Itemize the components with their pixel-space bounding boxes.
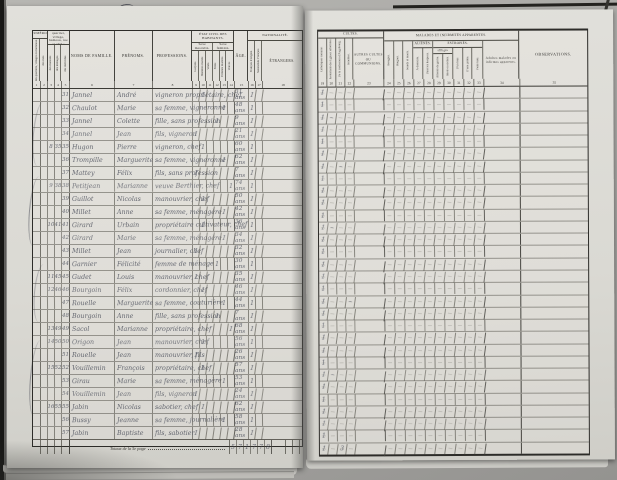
cell-prenom: Pierre xyxy=(115,141,153,153)
cell-pieds-bots xyxy=(475,417,486,430)
cell-un-bras xyxy=(456,394,466,405)
cell-prenom: André xyxy=(115,89,153,101)
cell-alienes-domicile xyxy=(415,320,425,331)
census-register-scan: NUMÉROS des quartiers, villages ou hamea… xyxy=(0,0,617,480)
column-number: 3 xyxy=(48,81,55,88)
totals-row: Totaux de la 5e page 5 7 1 7 7 8 xyxy=(33,439,302,454)
cell-borgnes xyxy=(395,173,405,184)
cell-empty xyxy=(33,440,41,454)
column-header-naturalises: Naturalisés Français. xyxy=(255,41,262,81)
column-header-sourds-muets: Sourds et muets. xyxy=(403,41,413,79)
cell-prenom: Jean xyxy=(115,128,153,140)
cell-adultes-malades xyxy=(485,173,521,184)
cell-individu-num: 53 xyxy=(62,375,70,387)
cell-un-bras xyxy=(455,246,465,257)
cell-alienes-domicile xyxy=(414,99,424,110)
cell-adultes-malades xyxy=(485,246,521,257)
census-record-row: 43 Millet Jean journalier, chef 1 32 ans… xyxy=(33,245,302,258)
column-header-goitre: Atteints du goitre. xyxy=(433,54,443,79)
cell-profession: sa femme, vigneronne xyxy=(153,102,193,114)
cell-observations xyxy=(521,319,589,331)
cell-empty xyxy=(62,440,70,454)
census-record-row-right: 1 xyxy=(318,86,587,99)
cell-prenom: Louis xyxy=(115,271,153,283)
cell-adultes-malades xyxy=(484,111,520,122)
cell-rue xyxy=(41,362,48,374)
cell-observations xyxy=(522,430,590,442)
cell-goitre xyxy=(435,210,445,221)
cell-un-bras xyxy=(455,173,465,184)
cell-adultes-malades xyxy=(484,99,520,110)
column-header-professions: PROFESSIONS. xyxy=(153,31,192,81)
cell-cretins xyxy=(445,210,455,221)
cell-individu-num: 39 xyxy=(62,193,70,205)
cell-observations xyxy=(521,246,589,258)
cell-nom: Jannel xyxy=(70,128,115,140)
cell-israelites xyxy=(346,210,355,221)
cell-individu-num: 48 xyxy=(62,310,70,322)
column-header-adultes-malades: Adultes malades ou infirmes apparents. xyxy=(483,41,518,79)
cell-maison-num: 15 xyxy=(48,362,55,374)
column-header-prenoms: PRÉNOMS. xyxy=(115,31,152,81)
column-header-rues: des rues. xyxy=(40,39,46,81)
cell-pieds-bots xyxy=(474,258,485,271)
cell-nom: Girard xyxy=(70,219,115,232)
cell-rue xyxy=(41,232,48,244)
cell-prenom: Nicolas xyxy=(115,401,153,413)
cell-adultes-malades xyxy=(485,124,521,135)
cell-individu-num: 44 xyxy=(62,258,70,270)
cell-observations xyxy=(522,381,590,393)
cell-rue xyxy=(41,89,48,101)
left-table-header: NUMÉROS des quartiers, villages ou hamea… xyxy=(33,31,302,81)
right-census-table: CULTES. Catholiques romains. Protestants… xyxy=(317,28,590,456)
cell-menage-num xyxy=(55,89,62,101)
cell-un-bras xyxy=(455,136,465,147)
cell-adultes-malades xyxy=(485,308,521,319)
cell-quartier xyxy=(33,245,41,257)
cell-age: 57 ans xyxy=(235,362,249,374)
cell-rue xyxy=(41,128,48,140)
cell-sourds-muets xyxy=(406,431,416,442)
cell-age: 34 ans xyxy=(235,232,249,244)
cell-prenom: Marie xyxy=(115,102,153,114)
cell-prenom: Jean xyxy=(115,388,153,400)
cell-adultes-malades xyxy=(485,344,521,355)
cell-nom: Guillot xyxy=(70,193,115,205)
book-binding-shadow xyxy=(4,0,6,480)
cell-aveugles xyxy=(385,210,395,221)
subgroup-sexe-masculin: Sexe masculin. xyxy=(192,43,212,50)
cell-individu-num: 35 xyxy=(62,141,70,153)
cell-pieds-bots xyxy=(474,270,485,283)
cell-profession: propriétaire, chef xyxy=(153,323,193,335)
cell-etranger xyxy=(263,232,303,244)
cell-israelites xyxy=(346,320,355,331)
cell-pieds-bots xyxy=(474,233,485,246)
cell-pieds-bots xyxy=(474,184,485,197)
cell-une-jambe xyxy=(465,246,475,257)
cell-prenom: François xyxy=(115,362,153,374)
right-table-header: CULTES. Catholiques romains. Protestants… xyxy=(318,30,587,79)
cell-etranger xyxy=(263,362,303,374)
cell-pieds-bots xyxy=(474,160,485,173)
census-record-row-right: 1 xyxy=(319,307,588,320)
cell-individu-num: 41 xyxy=(62,219,70,231)
cell-sourds-muets xyxy=(405,210,415,221)
cell-individu-num: 50 xyxy=(62,336,70,348)
column-number: 28 xyxy=(424,79,434,86)
cell-aveugles xyxy=(385,173,395,184)
cell-age: 46 ans xyxy=(235,284,249,296)
cell-individu-num: 47 xyxy=(62,297,70,309)
cell-pieds-bots xyxy=(475,320,485,331)
subgroup-sexe-feminin: Sexe féminin. xyxy=(213,43,233,50)
column-header-etrangers: ÉTRANGERS. xyxy=(262,41,302,81)
cell-adultes-malades xyxy=(485,222,521,233)
cell-une-jambe xyxy=(465,210,475,221)
totals-label-zone: Totaux de la 5e page xyxy=(70,440,230,454)
cell-menage-num: 49 xyxy=(55,323,62,335)
cell-etranger xyxy=(263,128,303,140)
cell-profession: sa femme, vigneronne xyxy=(153,154,193,166)
cell-adultes-malades xyxy=(486,406,522,417)
cell-rue xyxy=(41,167,48,179)
cell-pieds-bots xyxy=(474,99,484,110)
column-header-quartiers: des quartiers, villages ou hameaux. xyxy=(33,39,40,81)
column-header-francais-origine: Français d'origine. xyxy=(248,41,255,81)
cell-etranger xyxy=(263,388,303,400)
cell-observations xyxy=(521,258,589,270)
right-table-body: 1 xyxy=(318,86,589,454)
cell-prenom: Urbain xyxy=(115,219,153,231)
cell-observations xyxy=(521,197,589,209)
cell-quartier xyxy=(33,349,41,361)
cell-rue xyxy=(41,193,48,205)
cell-nom: Girau xyxy=(70,375,115,388)
cell-quartier xyxy=(33,388,41,400)
column-number: 31 xyxy=(454,79,464,86)
cell-profession: sa femme, ménagère xyxy=(153,375,193,387)
cell-aveugles xyxy=(385,136,395,147)
column-header-individus: des individus. xyxy=(61,45,69,81)
cell-alienes-hospices xyxy=(425,136,435,147)
cell-nom: Sacol xyxy=(70,323,115,335)
cell-profession: fils, sabotier xyxy=(153,427,193,439)
cell-prenom: Marianne xyxy=(115,323,153,335)
cell-aveugles xyxy=(385,357,395,368)
cell-individu-num: 52 xyxy=(62,362,70,374)
cell-une-jambe xyxy=(465,320,475,331)
cell-prenom: Marie xyxy=(115,375,153,387)
cell-goitre xyxy=(435,283,445,294)
cell-cretins xyxy=(445,173,455,184)
cell-profession: propriétaire, chef xyxy=(153,362,193,374)
cell-aveugles xyxy=(386,431,396,442)
column-number: 6 xyxy=(70,81,115,88)
column-number: 4 xyxy=(55,81,62,88)
cell-individu-num: 49 xyxy=(62,323,70,335)
cell-adultes-malades xyxy=(486,381,522,392)
cell-autres-cultes xyxy=(355,441,386,456)
cell-pieds-bots xyxy=(475,332,486,345)
cell-quartier xyxy=(33,310,41,322)
cell-age: 26 ans xyxy=(235,349,249,361)
cell-profession: manouvrier, fils xyxy=(153,349,193,361)
cell-autres-cultes xyxy=(356,431,386,443)
column-header-une-jambe: D'une jambe. xyxy=(463,48,473,79)
column-group-nationalite: NATIONALITÉ. xyxy=(248,31,302,41)
cell-age: 53 ans xyxy=(235,375,249,387)
cell-empty xyxy=(41,440,48,454)
column-number: 17 xyxy=(256,81,263,88)
cell-un-bras xyxy=(455,283,465,294)
cell-adultes-malades xyxy=(485,295,521,306)
cell-menage-num xyxy=(55,193,62,205)
cell-quartier xyxy=(33,427,41,439)
cell-profession: vigneron, chef xyxy=(153,141,193,153)
cell-individu-num: 33 xyxy=(62,115,70,127)
cell-prenom: Jean xyxy=(115,245,153,257)
column-header-pieds-bots: Pieds bots. xyxy=(473,48,483,79)
cell-profession: sa femme, journalière xyxy=(153,414,193,426)
cell-une-jambe xyxy=(465,136,475,147)
cell-quartier xyxy=(33,258,41,270)
cell-protestants xyxy=(329,431,338,442)
cell-augsbourg xyxy=(337,137,346,148)
census-record-row: 57 Jabin Baptiste fils, sabotier 1 28 an… xyxy=(33,427,302,439)
column-number: 21 xyxy=(336,79,345,86)
cell-rue xyxy=(41,271,48,283)
cell-catholiques: 1 xyxy=(319,321,328,332)
cell-nom: Bussy xyxy=(70,414,115,427)
column-header-israelites: Israélites. xyxy=(345,39,354,80)
cell-age: 7 ans xyxy=(235,310,249,322)
cell-pieds-bots xyxy=(475,357,485,368)
column-header-hommes-maries: Hommes mariés. xyxy=(199,51,206,81)
cell-age: 36 ans xyxy=(235,219,249,231)
cell-adultes-malades xyxy=(485,160,521,171)
left-census-table: NUMÉROS des quartiers, villages ou hamea… xyxy=(32,30,303,447)
cell-adultes-malades xyxy=(485,320,521,331)
cell-un-bras xyxy=(455,210,465,221)
cell-menage-num: 46 xyxy=(55,284,62,296)
column-group-etat-civil: ÉTAT CIVIL DES HABITANTS. xyxy=(192,31,233,43)
cell-individu-num: 40 xyxy=(62,206,70,218)
cell-menage-num xyxy=(55,310,62,322)
cell-quartier xyxy=(33,271,41,283)
cell-goitre xyxy=(434,99,444,110)
cell-naturalise xyxy=(256,375,263,387)
cell-une-jambe xyxy=(466,430,476,441)
cell-augsbourg xyxy=(337,247,346,258)
cell-aveugles xyxy=(385,247,395,258)
cell-prenom: Marguerite xyxy=(115,297,153,309)
cell-cretins xyxy=(445,283,455,294)
cell-israelites xyxy=(347,431,356,442)
cell-observations xyxy=(520,111,588,123)
census-record-row: 12 46 46 Bourgoin Félix cordonnier, chef… xyxy=(33,284,302,297)
cell-observations xyxy=(522,418,590,430)
cell-cretins xyxy=(445,136,455,147)
cell-etranger xyxy=(263,323,303,335)
cell-individu-num: 38 xyxy=(62,180,70,192)
cell-observations xyxy=(520,86,588,98)
cell-individu-num: 54 xyxy=(62,388,70,400)
column-number: 7 xyxy=(115,81,153,88)
cell-menage-num xyxy=(55,388,62,400)
cell-observations xyxy=(521,307,589,319)
cell-aveugles xyxy=(384,99,394,110)
cell-profession: veuve Berthier, chef xyxy=(153,180,193,192)
cell-sourds-muets xyxy=(405,136,415,147)
cell-profession: fille, sans profession xyxy=(153,115,193,127)
cell-profession: journalier, chef xyxy=(153,245,193,257)
cell-catholiques: 1 xyxy=(319,210,328,221)
census-record-row: 14 50 50 Origon Jean manouvrier, chef 1 … xyxy=(33,336,302,349)
cell-autres-cultes xyxy=(355,210,385,222)
cell-pieds-bots xyxy=(474,86,485,99)
cell-pieds-bots xyxy=(474,111,485,124)
column-number: 32 xyxy=(464,79,474,86)
column-number: 12 xyxy=(214,81,221,88)
cell-un-bras xyxy=(455,320,465,331)
cell-observations xyxy=(521,270,589,282)
column-number: 10 xyxy=(200,81,207,88)
cell-prenom: Anne xyxy=(115,206,153,218)
column-header-un-bras: D'un bras. xyxy=(453,48,463,79)
cell-rue xyxy=(41,427,48,439)
cell-profession: sa femme, ménagère xyxy=(153,232,193,244)
column-header-alienes-hospices: Dans les hospices. xyxy=(423,48,433,79)
cell-observations xyxy=(521,136,589,148)
cell-un-bras xyxy=(455,357,465,368)
cell-profession: sa femme, couturière xyxy=(153,297,193,309)
cell-profession: fils, vigneron xyxy=(153,128,193,140)
cell-adultes-malades xyxy=(486,357,522,368)
cell-pieds-bots xyxy=(475,295,486,308)
cell-prenom: Anne xyxy=(115,310,153,322)
cell-etranger xyxy=(263,297,303,309)
cell-une-jambe xyxy=(465,357,475,368)
cell-aveugles xyxy=(386,394,396,405)
cell-age: 56 ans xyxy=(235,336,249,348)
census-record-row: 56 Bussy Jeanne sa femme, journalière 1 … xyxy=(33,414,302,427)
cell-age: 62 ans xyxy=(235,401,249,413)
cell-menage-num xyxy=(55,128,62,140)
cell-profession: propriétaire cultivateur, chef xyxy=(153,219,193,231)
cell-rue xyxy=(41,310,48,322)
cell-cretins xyxy=(444,99,454,110)
cell-individu-num: 56 xyxy=(62,414,70,426)
cell-rue xyxy=(41,115,48,127)
column-header-femmes-mariees: Femmes mariées. xyxy=(220,51,227,81)
cell-protestants xyxy=(328,173,337,184)
cell-prenom: Félix xyxy=(115,284,153,296)
cell-empty xyxy=(48,440,55,454)
cell-prenom: Baptiste xyxy=(115,427,153,439)
cell-nom: Bourgoin xyxy=(70,284,115,296)
cell-adultes-malades xyxy=(485,283,521,294)
census-record-row: 8 35 35 Hugon Pierre vigneron, chef 1 60… xyxy=(33,141,302,154)
census-record-row: 51 Rouelle Jean manouvrier, fils 1 26 an… xyxy=(33,349,302,362)
column-header-maisons: des maisons. xyxy=(48,45,55,81)
cell-rue xyxy=(41,245,48,257)
cell-un-bras xyxy=(454,99,464,110)
cell-pieds-bots xyxy=(474,197,485,210)
column-group-numeros: NUMÉROS xyxy=(33,31,47,39)
cell-profession: manouvrier, chef xyxy=(153,271,193,283)
cell-observations xyxy=(522,442,590,454)
cell-maison-num xyxy=(48,245,55,257)
cell-catholiques: 1 xyxy=(318,100,327,111)
cell-alienes-domicile xyxy=(415,210,425,221)
cell-maison-num xyxy=(48,427,55,439)
cell-alienes-domicile xyxy=(415,247,425,258)
cell-naturalise xyxy=(256,141,263,153)
cell-protestants xyxy=(328,284,337,295)
column-header-cretins: Idiots ou crétins. xyxy=(443,54,453,79)
cell-etranger xyxy=(263,180,303,192)
cell-rue xyxy=(41,323,48,335)
cell-adultes-malades xyxy=(485,271,521,282)
total-garcons: 5 xyxy=(230,440,237,454)
cell-rue xyxy=(41,401,48,413)
cell-nom: Garnier xyxy=(70,258,115,271)
cell-etranger xyxy=(263,401,303,413)
column-header-augsbourg: De la confession d'Augsbourg. xyxy=(336,39,345,80)
cell-augsbourg xyxy=(338,431,347,442)
cell-autres-cultes xyxy=(356,394,386,406)
cell-aveugles xyxy=(385,283,395,294)
cell-augsbourg xyxy=(337,173,346,184)
column-header-alienes-domicile: À domicile. xyxy=(413,48,423,79)
cell-age: 30 ans xyxy=(235,258,249,270)
subgroup-alienes: ALIÉNÉS. xyxy=(413,41,432,48)
cell-maison-num: 12 xyxy=(48,284,55,296)
cell-observations xyxy=(521,283,589,295)
cell-adultes-malades xyxy=(485,234,521,245)
cell-adultes-malades xyxy=(484,87,520,98)
census-record-row: 53 Girau Marie sa femme, ménagère 1 53 a… xyxy=(33,375,302,388)
cell-empty xyxy=(272,440,286,454)
cell-age: 24 ans xyxy=(235,388,249,400)
cell-etranger xyxy=(263,141,303,153)
cell-prenom: Marianne xyxy=(115,180,153,192)
cell-menage-num xyxy=(55,154,62,166)
cell-adultes-malades xyxy=(485,148,521,159)
cell-age: 60 ans xyxy=(235,141,249,153)
column-header-protestants: Protestants des Églises réformées. xyxy=(327,39,336,80)
cell-quartier xyxy=(33,167,41,179)
total-hommes-maries: 7 xyxy=(237,440,244,454)
cell-profession: fille, sans profession xyxy=(153,310,193,322)
census-record-row-right: 1 xyxy=(319,123,588,136)
cell-observations xyxy=(521,160,589,172)
column-number: 9 xyxy=(193,81,200,88)
cell-menage-num: 55 xyxy=(55,401,62,413)
cell-quartier xyxy=(33,102,41,114)
cell-adultes-malades xyxy=(485,332,521,343)
cell-une-jambe xyxy=(465,283,475,294)
column-number: 2 xyxy=(41,81,48,88)
cell-protestants xyxy=(328,357,337,368)
column-number: 14 xyxy=(228,81,235,88)
census-record-row: 48 Bourgoin Anne fille, sans profession … xyxy=(33,310,302,323)
column-header-borgnes: Borgnes. xyxy=(394,41,404,79)
cell-goitre xyxy=(435,246,445,257)
cell-prenom: Félix xyxy=(115,167,153,179)
